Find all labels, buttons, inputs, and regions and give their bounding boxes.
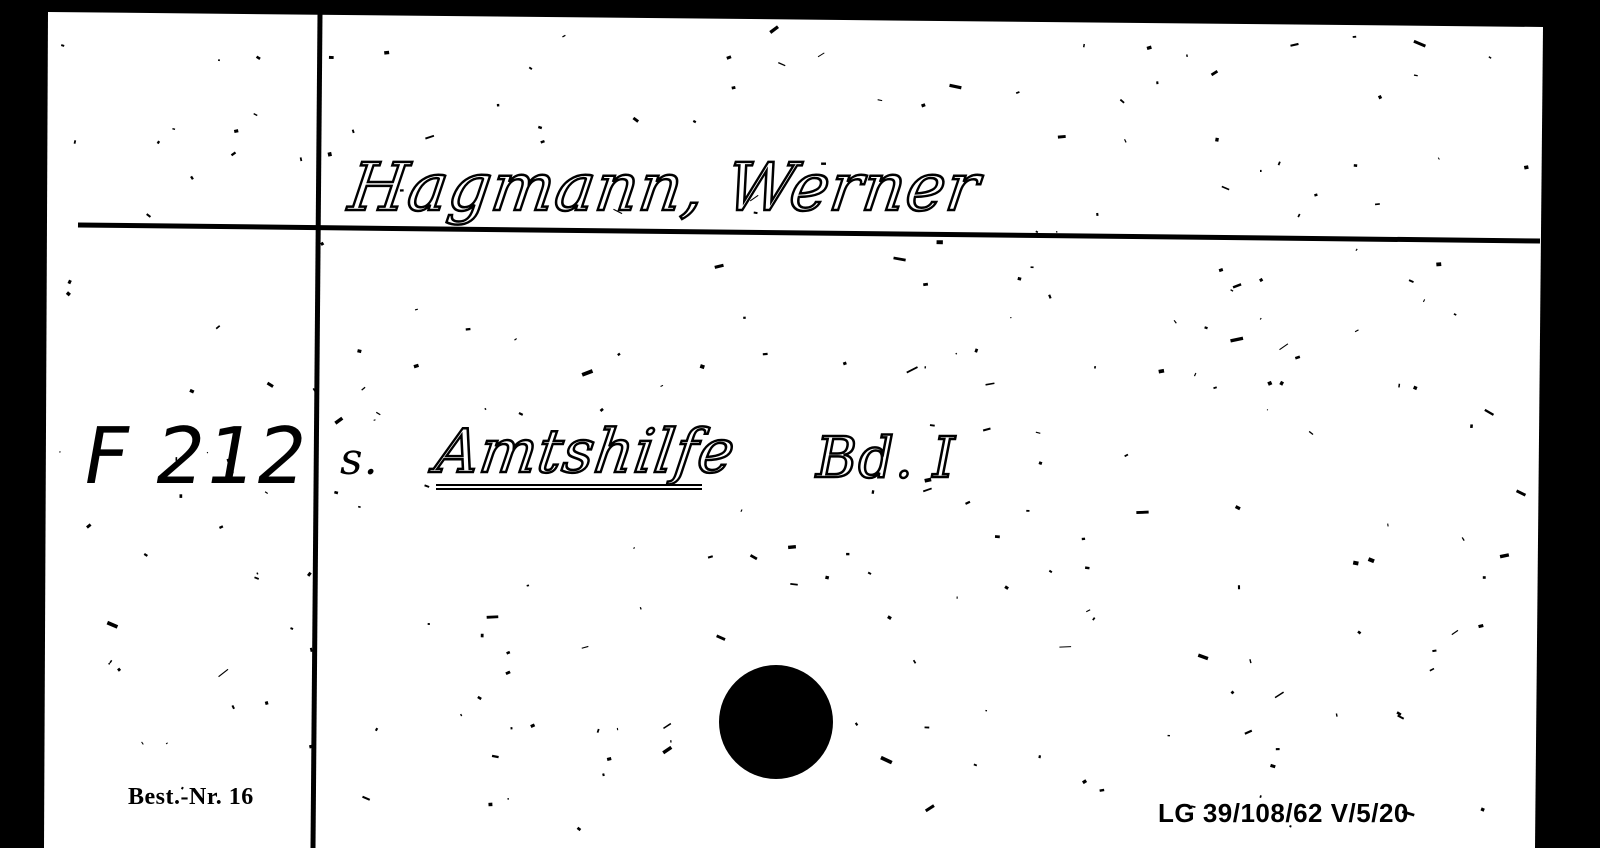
reference-underline <box>436 484 702 490</box>
see-reference-prefix: s. <box>340 430 379 490</box>
name-entry: Hagmann, Werner <box>344 148 984 228</box>
index-card: Hagmann, Werner F 212 s. Amtshilfe Bd. I… <box>0 0 1600 848</box>
shelfmark: F 212 <box>76 412 315 502</box>
punch-hole <box>719 665 833 779</box>
reference-title: Amtshilfe <box>430 412 740 492</box>
order-number: Best.-Nr. 16 <box>128 784 254 811</box>
catalog-code: LG 39/108/62 V/5/20 <box>1158 798 1409 829</box>
volume-number: Bd. I <box>816 424 956 494</box>
